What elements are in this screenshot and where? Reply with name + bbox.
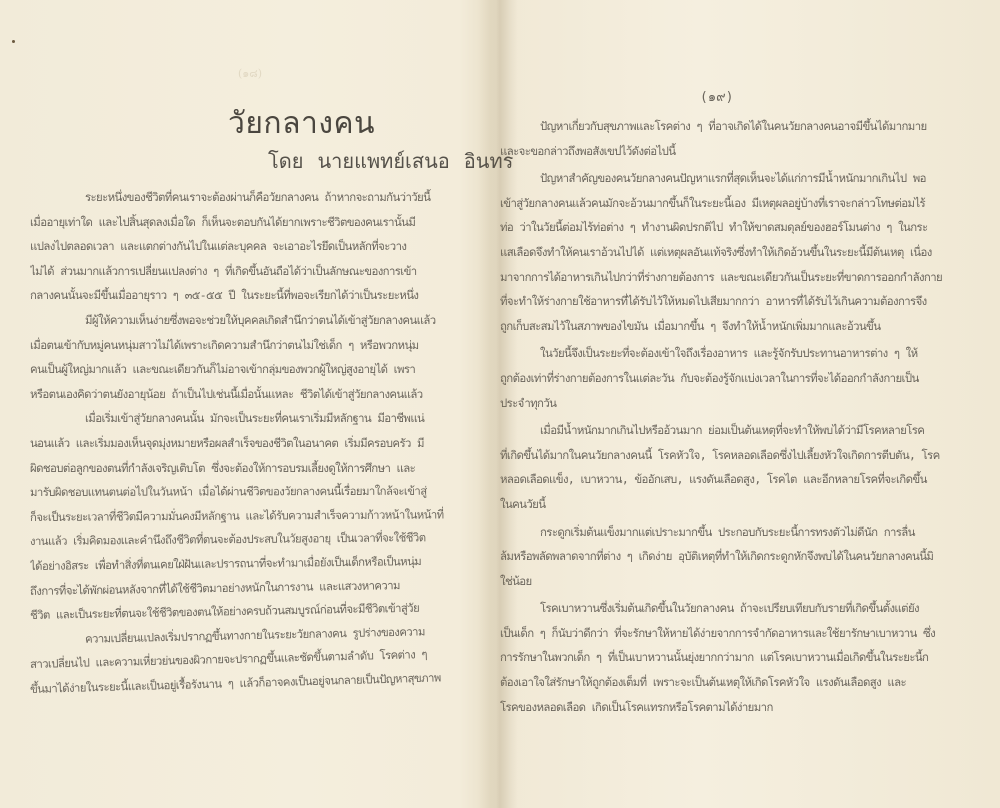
text-line: ถูกเก็บสะสมไว้ในสภาพของไขมัน เมื่อมากขึ้… [500,314,990,339]
text-line: การรักษาในพวกเด็ก ๆ ที่เป็นเบาหวานนั้นยุ… [500,645,990,670]
text-line: ผิดชอบต่อลูกของตนที่กำลังเจริญเติบโต ซึ่… [30,456,500,481]
text-line: ปัญหาเกี่ยวกับสุขภาพและโรคต่าง ๆ ที่อาจเ… [500,114,990,139]
text-line: ไม่ได้ ส่วนมากแล้วการเปลี่ยนแปลงต่าง ๆ ท… [30,259,500,284]
text-line: เมื่อมีน้ำหนักมากเกินไปหรืออ้วนมาก ย่อมเ… [500,418,990,443]
text-line: ถูกต้องเท่าที่ร่างกายต้องการในแต่ละวัน ก… [500,366,990,391]
left-page: (๑๘) วัยกลางคน โดยนายแพทย์เสนออินทร ระยะ… [0,0,495,808]
text-line: หรือตนเองคิดว่าตนยังอายุน้อย ถ้าเป็นไปเช… [30,382,500,407]
text-line: ที่เกิดขึ้นได้มากในคนวัยกลางคนนี้ โรคหัว… [500,443,990,468]
paper-speck [12,40,15,43]
faint-page-number: (๑๘) [238,64,262,82]
text-line: ประจำทุกวัน [500,391,990,416]
byline-author: นายแพทย์เสนอ [317,149,449,173]
right-body-text: ปัญหาเกี่ยวกับสุขภาพและโรคต่าง ๆ ที่อาจเ… [500,114,990,719]
text-line: ปัญหาสำคัญของคนวัยกลางคนปัญหาแรกที่สุดเห… [500,166,990,191]
text-line: เมื่ออายุเท่าใด และไปสิ้นสุดลงเมื่อใด ก็… [30,210,500,235]
page-number: (๑๙) [700,86,733,107]
book-spread: (๑๘) วัยกลางคน โดยนายแพทย์เสนออินทร ระยะ… [0,0,1000,808]
text-line: เป็นเด็ก ๆ ก็นับว่าดีกว่า ที่จะรักษาให้ห… [500,621,990,646]
text-line: มารับผิดชอบแทนตนต่อไปในวันหน้า เมื่อได้ผ… [30,479,500,505]
text-line: กระดูกเริ่มต้นแข็งมากแต่เปราะมากขึ้น ประ… [500,520,990,545]
text-line: มาจากการได้อาหารเกินไปกว่าที่ร่างกายต้อง… [500,265,990,290]
text-line: ใช่น้อย [500,569,990,594]
text-line: เข้าสู่วัยกลางคนแล้วคนมักจะอ้วนมากขึ้นก็… [500,191,990,216]
text-line: แปลงไปตลอดเวลา และแตกต่างกันไปในแต่ละบุค… [30,234,500,259]
text-line: ต้องเอาใจใส่รักษาให้ถูกต้องเต็มที่ เพราะ… [500,670,990,695]
text-line: หลอดเลือดแข็ง, เบาหวาน, ข้ออักเสบ, แรงดั… [500,467,990,492]
text-line: โรคของหลอดเลือด เกิดเป็นโรคแทรกหรือโรคตา… [500,695,990,720]
byline: โดยนายแพทย์เสนออินทร [268,145,527,177]
byline-prefix: โดย [268,149,303,173]
text-line: และจะขอกล่าวถึงพอสังเขปไว้ดังต่อไปนี้ [500,139,990,164]
text-line: เมื่อตนเข้ากับหมู่คนหนุ่มสาวไม่ได้เพราะเ… [30,333,500,358]
text-line: แสเลือดจึงทำให้คนเราอ้วนไปได้ แต่เหตุผลอ… [500,240,990,265]
text-line: โรคเบาหวานซึ่งเริ่มต้นเกิดขึ้นในวัยกลางค… [500,596,990,621]
text-line: ในคนวัยนี้ [500,492,990,517]
text-line: คนเป็นผู้ใหญ่มากแล้ว และขณะเดียวกันก็ไม่… [30,357,500,382]
chapter-title: วัยกลางคน [228,100,375,147]
text-line: ท่อ ว่าในวัยนี้ต่อมไร้ท่อต่าง ๆ ทำงานผิด… [500,215,990,240]
text-line: มีผู้ให้ความเห็นง่ายซึ่งพอจะช่วยให้บุคคล… [30,308,500,333]
text-line: เมื่อเริ่มเข้าสู่วัยกลางคนนั้น มักจะเป็น… [30,406,500,431]
text-line: ระยะหนึ่งของชีวิตที่คนเราจะต้องผ่านก็คือ… [30,185,500,210]
text-line: ที่จะทำให้ร่างกายใช้อาหารที่ได้รับไว้ให้… [500,289,990,314]
text-line: นอนแล้ว และเริ่มมองเห็นจุดมุ่งหมายหรือผล… [30,431,500,456]
text-line: ในวัยนี้จึงเป็นระยะที่จะต้องเข้าใจถึงเรื… [500,341,990,366]
left-body-text: ระยะหนึ่งของชีวิตที่คนเราจะต้องผ่านก็คือ… [30,185,500,701]
text-line: ล้มหรือพลัดพลาดจากที่ต่าง ๆ เกิดง่าย อุบ… [500,544,990,569]
text-line: กลางคนนั้นจะมีขึ้นเมื่ออายุราว ๆ ๓๕-๕๕ ป… [30,283,500,308]
right-page: (๑๙) ปัญหาเกี่ยวกับสุขภาพและโรคต่าง ๆ ที… [495,0,1000,808]
